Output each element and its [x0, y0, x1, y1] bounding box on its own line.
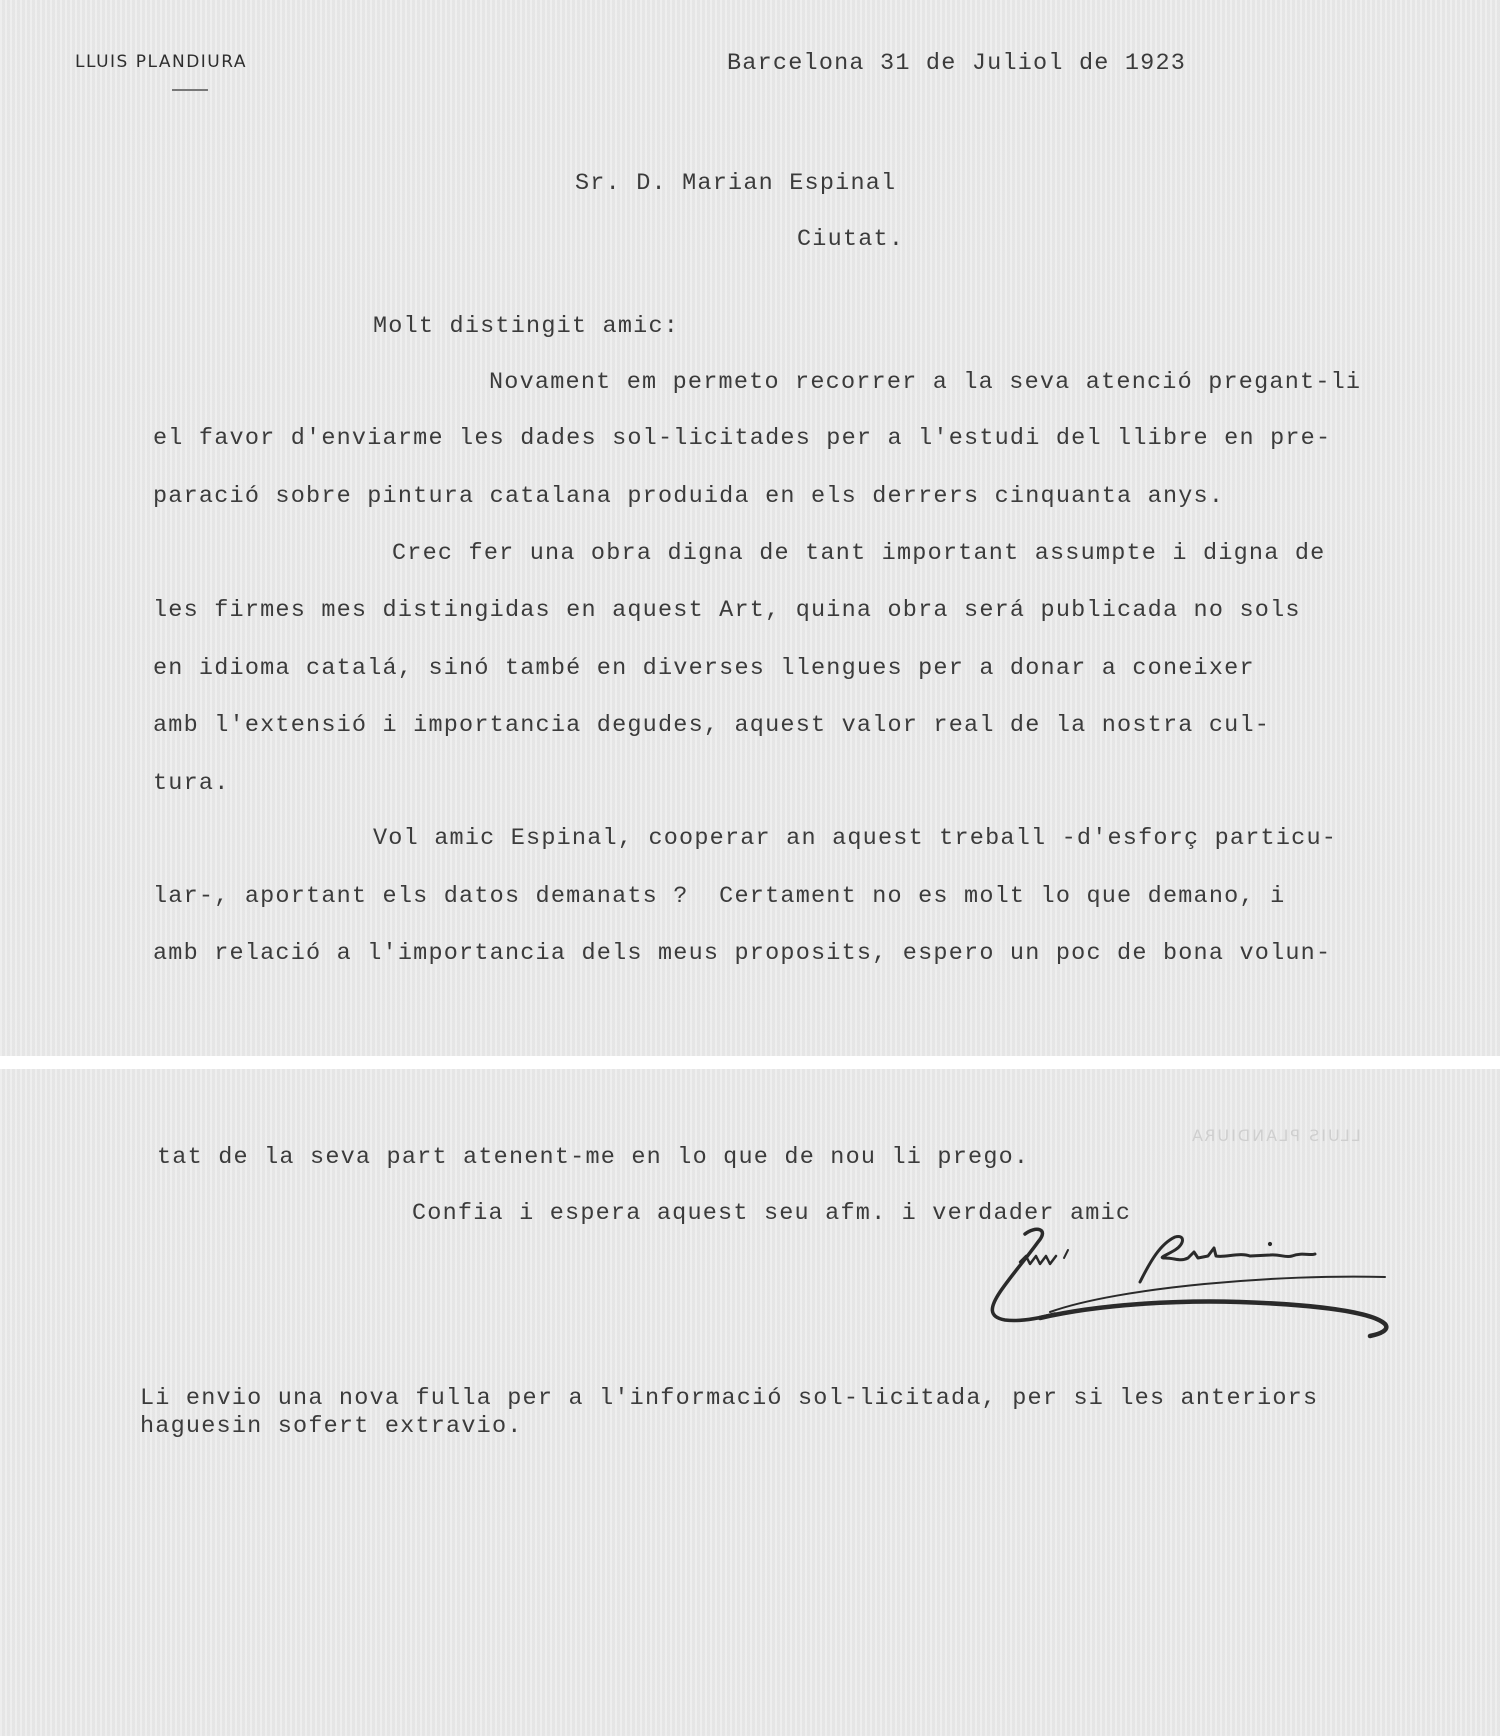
postscript-line: Li envio una nova fulla per a l'informac… [140, 1385, 1318, 1412]
continuation-line: tat de la seva part atenent-me en lo que… [157, 1144, 1029, 1171]
letterhead-show-through: LLUIS PLANDIURA [1190, 1126, 1361, 1145]
body-line: Novament em permeto recorrer a la seva a… [489, 369, 1361, 396]
postscript-line: haguesin sofert extravio. [140, 1413, 523, 1440]
body-line: Vol amic Espinal, cooperar an aquest tre… [373, 825, 1337, 852]
date-line: Barcelona 31 de Juliol de 1923 [727, 50, 1186, 77]
body-line: paració sobre pintura catalana produida … [153, 483, 1224, 510]
body-line: en idioma catalá, sinó també en diverses… [153, 655, 1255, 682]
recipient-city: Ciutat. [797, 226, 904, 253]
body-line: el favor d'enviarme les dades sol-licita… [153, 425, 1331, 452]
body-line: amb relació a l'importancia dels meus pr… [153, 940, 1331, 967]
signature [980, 1222, 1450, 1352]
letterhead-name: LLUIS PLANDIURA [75, 52, 247, 72]
recipient-name: Sr. D. Marian Espinal [575, 170, 896, 197]
letter-page-1: LLUIS PLANDIURA Barcelona 31 de Juliol d… [0, 0, 1500, 1056]
body-line: Crec fer una obra digna de tant importan… [392, 540, 1325, 567]
body-line: tura. [153, 770, 230, 797]
letterhead-rule [172, 89, 208, 91]
body-line: les firmes mes distingidas en aquest Art… [153, 597, 1301, 624]
body-line: lar-, aportant els datos demanats ? Cert… [153, 883, 1285, 910]
letter-page-2: LLUIS PLANDIURA tat de la seva part aten… [0, 1069, 1500, 1736]
salutation: Molt distingit amic: [373, 313, 679, 340]
body-line: amb l'extensió i importancia degudes, aq… [153, 712, 1270, 739]
